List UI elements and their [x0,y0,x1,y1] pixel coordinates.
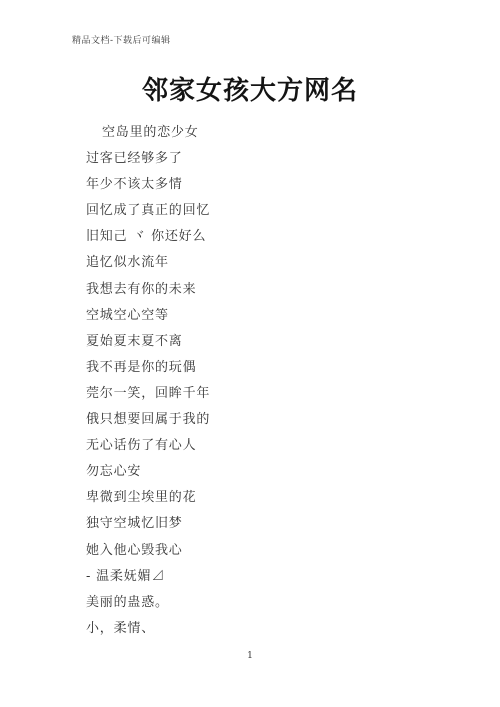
netname-line: 空城空心空等 [86,303,450,329]
netname-line: 卑微到尘埃里的花 [86,485,450,511]
netname-line: 莞尔一笑，回眸千年 [86,381,450,407]
netname-line: 她入他心毁我心 [86,538,450,564]
netname-line: 俄只想要回属于我的 [86,407,450,433]
header-note: 精品文档-下载后可编辑 [72,33,171,46]
netname-line: 夏始夏末夏不离 [86,329,450,355]
netname-line: 空岛里的恋少女 [86,120,450,146]
netname-line: 无心话伤了有心人 [86,433,450,459]
netname-line: 旧知己 ヾ 你还好么 [86,224,450,250]
netname-line: 独守空城忆旧梦 [86,511,450,537]
netname-line: 追忆似水流年 [86,250,450,276]
netname-line: 勿忘心安 [86,459,450,485]
netname-line: 我想去有你的未来 [86,277,450,303]
netname-line: 年少不该太多情 [86,172,450,198]
netname-line: 我不再是你的玩偶 [86,355,450,381]
netname-line: 美丽的蛊惑。 [86,590,450,616]
netname-list: 空岛里的恋少女过客已经够多了年少不该太多情回忆成了真正的回忆旧知己 ヾ 你还好么… [86,120,450,642]
page-title: 邻家女孩大方网名 [0,70,500,107]
page-number: 1 [0,651,500,661]
netname-line: 过客已经够多了 [86,146,450,172]
netname-line: 回忆成了真正的回忆 [86,198,450,224]
netname-line: - 温柔妩媚⊿ [86,564,450,590]
netname-line: 小，柔情、 [86,616,450,642]
document-page: 精品文档-下载后可编辑 邻家女孩大方网名 空岛里的恋少女过客已经够多了年少不该太… [0,0,500,707]
